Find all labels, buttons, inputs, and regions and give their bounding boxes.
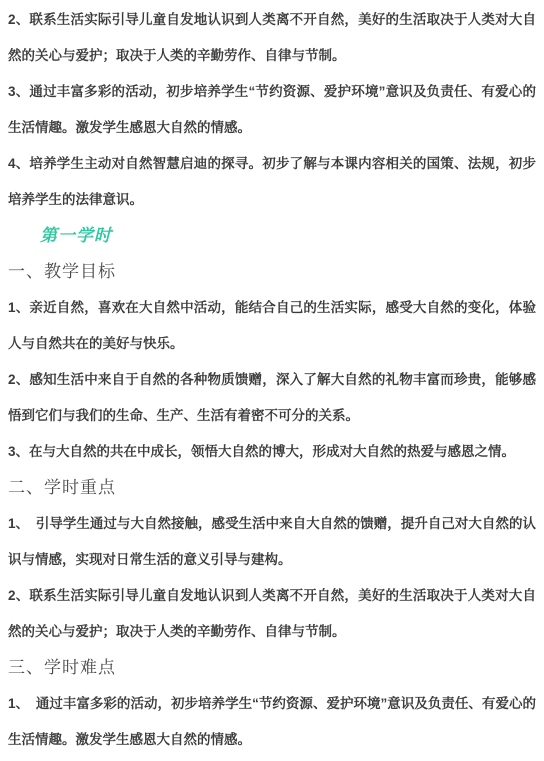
lesson-title: 第一学时	[8, 218, 536, 254]
paragraph: 2、联系生活实际引导儿童自发地认识到人类离不开自然，美好的生活取决于人类对大自然…	[8, 578, 536, 650]
paragraph: 3、在与大自然的共在中成长，领悟大自然的博大，形成对大自然的热爱与感恩之情。	[8, 434, 536, 470]
paragraph: 3、通过丰富多彩的活动，初步培养学生“节约资源、爱护环境”意识及负责任、有爱心的…	[8, 74, 536, 146]
section-heading: 二、学时重点	[8, 470, 536, 506]
section-heading: 三、学时难点	[8, 650, 536, 686]
section-heading: 一、教学目标	[8, 254, 536, 290]
paragraph: 1、 通过丰富多彩的活动，初步培养学生“节约资源、爱护环境”意识及负责任、有爱心…	[8, 686, 536, 758]
document-page: 2、联系生活实际引导儿童自发地认识到人类离不开自然，美好的生活取决于人类对大自然…	[0, 0, 544, 761]
paragraph: 2、感知生活中来自于自然的各种物质馈赠，深入了解大自然的礼物丰富而珍贵，能够感悟…	[8, 362, 536, 434]
document-body: 2、联系生活实际引导儿童自发地认识到人类离不开自然，美好的生活取决于人类对大自然…	[8, 2, 536, 758]
paragraph: 2、联系生活实际引导儿童自发地认识到人类离不开自然，美好的生活取决于人类对大自然…	[8, 2, 536, 74]
paragraph: 1、亲近自然，喜欢在大自然中活动，能结合自己的生活实际，感受大自然的变化，体验人…	[8, 290, 536, 362]
paragraph: 1、 引导学生通过与大自然接触，感受生活中来自大自然的馈赠，提升自己对大自然的认…	[8, 506, 536, 578]
paragraph: 4、培养学生主动对自然智慧启迪的探寻。初步了解与本课内容相关的国策、法规，初步培…	[8, 146, 536, 218]
